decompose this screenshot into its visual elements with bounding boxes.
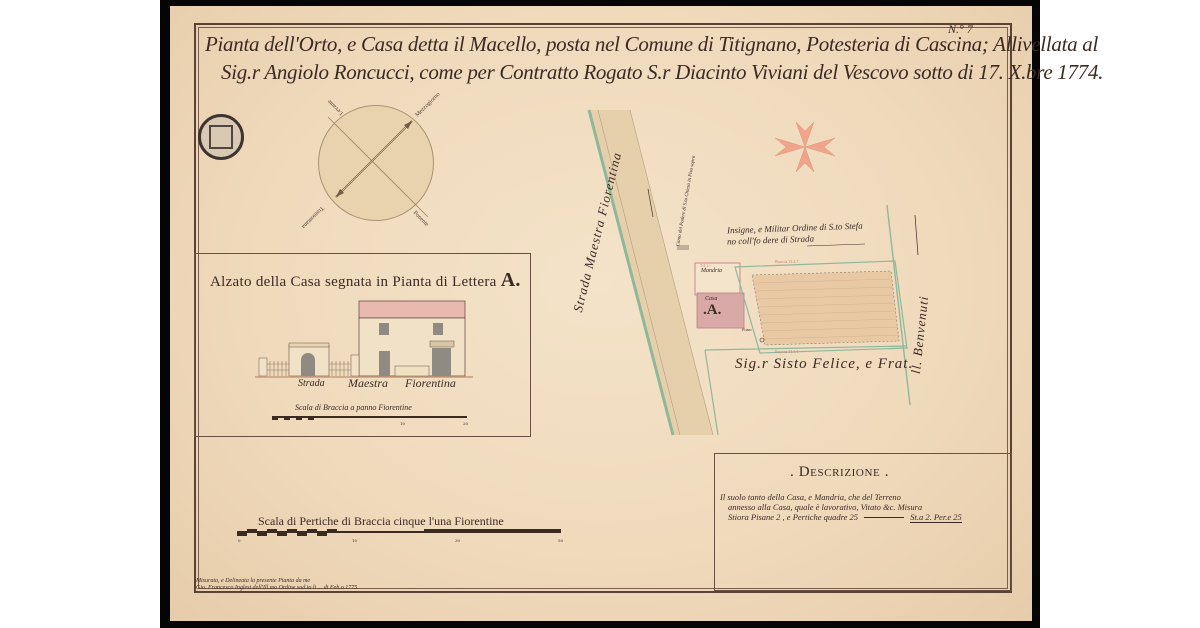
main-scale-tick-10: 10 — [352, 538, 357, 543]
description-text: Il suolo tanto della Casa, e Mandria, ch… — [720, 492, 962, 522]
plan-pozzo-label: Pozzo — [742, 327, 752, 332]
credit-line-1: Misurata, e Delineata la presente Pianta… — [196, 578, 359, 585]
elevation-scale-bar — [270, 413, 470, 427]
compass-needle-icon — [300, 95, 460, 235]
document-number: N.° 7 — [948, 22, 973, 37]
plan-mandria-label: Mandria — [701, 268, 722, 274]
house-elevation-drawing — [255, 298, 475, 380]
elevation-street-word-2: Maestra — [348, 376, 388, 391]
description-line-2: annesso alla Casa, quale è lavorativo, V… — [720, 502, 962, 512]
main-scale-tick-0: 0 — [238, 538, 241, 543]
main-scale-tick-50: 50 — [558, 538, 563, 543]
plan-measure-annotation-2: Braccia 13.4.7. — [775, 259, 799, 264]
title-line-2: Sig.r Angiolo Roncucci, come per Contrat… — [205, 58, 1005, 86]
elevation-scale-tick-10: 10 — [400, 421, 405, 426]
elevation-title: Alzato della Casa segnata in Pianta di L… — [210, 269, 521, 292]
description-title: . Descrizione . — [790, 464, 889, 481]
map-title: Pianta dell'Orto, e Casa detta il Macell… — [205, 30, 1005, 86]
elevation-scale-tick-20: 20 — [463, 421, 468, 426]
main-scale-tick-30: 30 — [455, 538, 460, 543]
surveyor-credit: Misurata, e Delineata la presente Pianta… — [196, 578, 359, 592]
seal-shield — [209, 125, 233, 149]
elevation-scale-title: Scala di Braccia a panno Fiorentine — [295, 403, 412, 412]
plan-measure-annotation-3: Braccia 12.1.4 — [775, 349, 798, 354]
plan-casa-letter: .A. — [703, 302, 721, 319]
main-scale-bar — [236, 529, 566, 539]
coat-of-arms-seal-icon — [198, 114, 244, 160]
elevation-title-letter: A. — [501, 269, 521, 291]
plan-measure-annotation-1: T.4.1.~ — [700, 263, 711, 268]
title-line-1: Pianta dell'Orto, e Casa detta il Macell… — [205, 30, 1005, 58]
site-plan-drawing — [585, 105, 925, 445]
elevation-street-word-3: Fiorentina — [405, 376, 456, 391]
description-total: St.a 2. Per.e 25 — [910, 512, 961, 523]
elevation-street-word-1: Strada — [298, 378, 325, 389]
description-line-1: Il suolo tanto della Casa, e Mandria, ch… — [720, 492, 962, 502]
description-line-3: Stiora Pisane 2 , e Pertiche quadre 25 S… — [720, 512, 962, 522]
plan-south-owner: Sig.r Sisto Felice, e Frat. — [735, 356, 913, 373]
credit-line-2: Gio. Francesco Inglesi dell'Ill.mo Ordin… — [196, 585, 359, 592]
main-scale-title: Scala di Pertiche di Braccia cinque l'un… — [258, 514, 504, 529]
